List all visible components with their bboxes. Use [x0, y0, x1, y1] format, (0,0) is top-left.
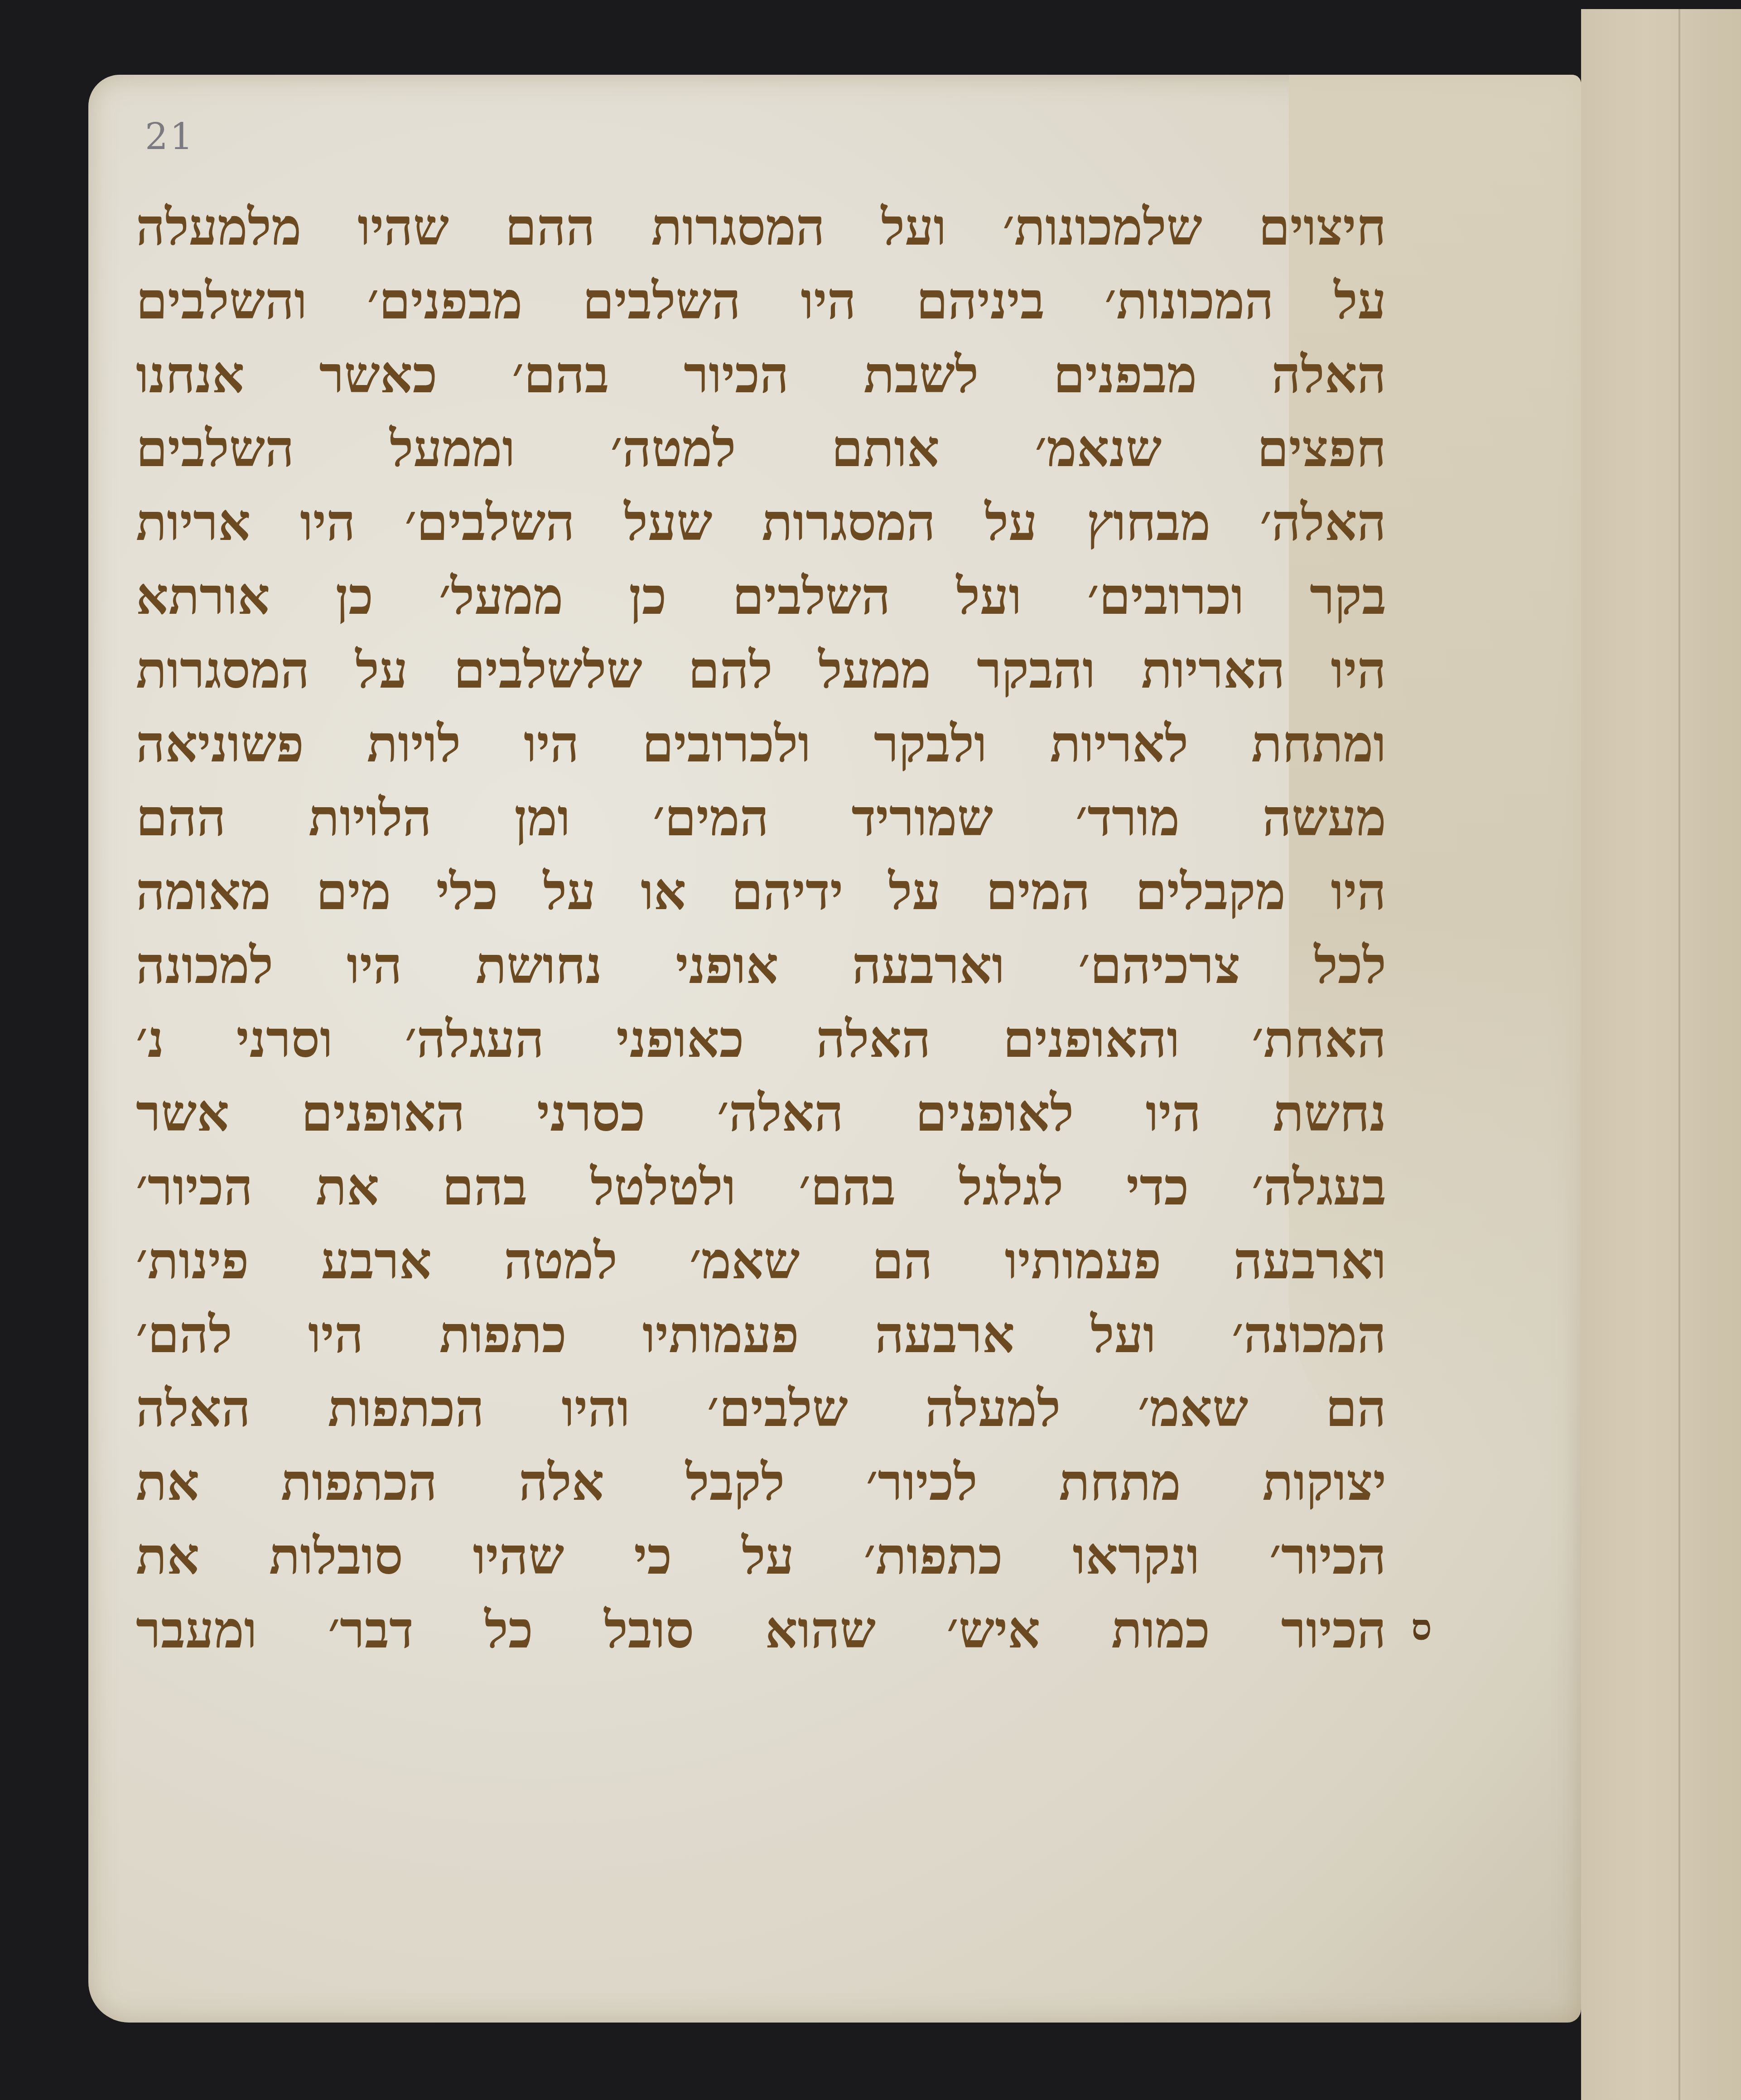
leaf-edge-line: [1678, 9, 1680, 2100]
text-line: מעשה מורד׳ שמוריד המים׳ ומן הלויות ההם: [136, 781, 1386, 855]
text-line: חפצים שנאמ׳ אותם למטה׳ וממעל השלבים: [136, 412, 1386, 486]
text-line: נחשת היו לאופנים האלה׳ כסרני האופנים אשר: [136, 1076, 1386, 1150]
text-line: בקר וכרובים׳ ועל השלבים כן ממעל׳ כן אורת…: [136, 559, 1386, 633]
text-line: היו מקבלים המים על ידיהם או על כלי מים מ…: [136, 855, 1386, 929]
hebrew-text-block: חיצוים שלמכונות׳ ועל המסגרות ההם שהיו מל…: [136, 190, 1386, 1667]
text-line: לכל צרכיהם׳ וארבעה אופני נחושת היו למכונ…: [136, 929, 1386, 1002]
text-line: האלה מבפנים לשבת הכיור בהם׳ כאשר אנחנו: [136, 338, 1386, 412]
text-line: על המכונות׳ ביניהם היו השלבים מבפנים׳ וה…: [136, 264, 1386, 338]
folio-number: 21: [145, 116, 195, 158]
text-line: האחת׳ והאופנים האלה כאופני העגלה׳ וסרני …: [136, 1002, 1386, 1076]
text-line: וארבעה פעמותיו הם שאמ׳ למטה ארבע פינות׳: [136, 1224, 1386, 1298]
text-line: היו האריות והבקר ממעל להם שלשלבים על המס…: [136, 633, 1386, 707]
text-line: יצוקות מתחת לכיור׳ לקבל אלה הכתפות את: [136, 1445, 1386, 1519]
text-line: הכיור כמות איש׳ שהוא סובל כל דבר׳ ומעבר: [136, 1593, 1386, 1667]
text-line: האלה׳ מבחוץ על המסגרות שעל השלבים׳ היו א…: [136, 486, 1386, 559]
text-line: ומתחת לאריות ולבקר ולכרובים היו לויות פש…: [136, 707, 1386, 781]
text-line: הם שאמ׳ למעלה שלבים׳ והיו הכתפות האלה: [136, 1372, 1386, 1445]
marginal-mark: ס: [1411, 1606, 1432, 1649]
text-line: חיצוים שלמכונות׳ ועל המסגרות ההם שהיו מל…: [136, 190, 1386, 264]
manuscript-image: 21 חיצוים שלמכונות׳ ועל המסגרות ההם שהיו…: [0, 0, 1741, 2100]
text-line: בעגלה׳ כדי לגלגל בהם׳ ולטלטל בהם את הכיו…: [136, 1150, 1386, 1224]
text-line: הכיור׳ ונקראו כתפות׳ על כי שהיו סובלות א…: [136, 1519, 1386, 1593]
adjacent-leaf: [1581, 9, 1741, 2100]
text-line: המכונה׳ ועל ארבעה פעמותיו כתפות היו להם׳: [136, 1298, 1386, 1372]
